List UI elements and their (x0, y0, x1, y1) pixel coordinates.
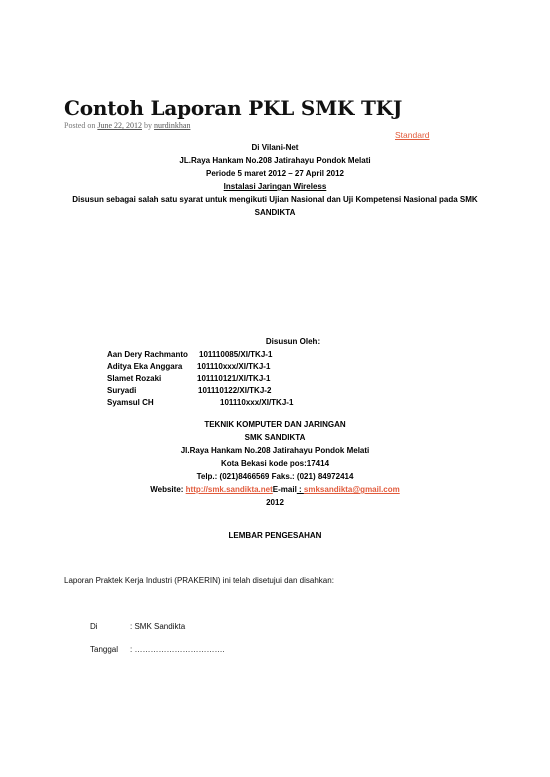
field-value-tanggal: : ……………………………. (130, 645, 225, 654)
member-id: 101110xxx/XI/TKJ-1 (197, 362, 270, 371)
field-value-di: : SMK Sandikta (130, 622, 185, 631)
purpose-line-1: Disusun sebagai salah satu syarat untuk … (0, 195, 550, 204)
field-label-tanggal: Tanggal (90, 645, 118, 654)
phone-fax: Telp.: (021)8466569 Faks.: (021) 8497241… (0, 472, 550, 481)
member-name: Slamet Rozaki (107, 374, 161, 383)
member-name: Aditya Eka Anggara (107, 362, 182, 371)
posted-on-label: Posted on (64, 121, 95, 130)
school-address: Jl.Raya Hankam No.208 Jatirahayu Pondok … (0, 446, 550, 455)
member-id: 101110085/XI/TKJ-1 (199, 350, 272, 359)
city-postal: Kota Bekasi kode pos:17414 (0, 459, 550, 468)
department: TEKNIK KOMPUTER DAN JARINGAN (0, 420, 550, 429)
email-separator: : (297, 485, 304, 494)
field-label-di: Di (90, 622, 98, 631)
by-label: by (144, 121, 152, 130)
member-name: Syamsul CH (107, 398, 154, 407)
email-link[interactable]: smksandikta@gmail.com (304, 485, 400, 494)
member-id: 101110xxx/XI/TKJ-1 (220, 398, 293, 407)
post-title: Contoh Laporan PKL SMK TKJ (64, 96, 402, 120)
member-id: 101110122/XI/TKJ-2 (198, 386, 271, 395)
approval-statement: Laporan Praktek Kerja Industri (PRAKERIN… (64, 576, 334, 585)
post-format-link[interactable]: Standard (395, 130, 430, 140)
website-label: Website: (150, 485, 185, 494)
member-name: Aan Dery Rachmanto (107, 350, 188, 359)
address: JL.Raya Hankam No.208 Jatirahayu Pondok … (0, 156, 550, 165)
school-name: SMK SANDIKTA (0, 433, 550, 442)
period: Periode 5 maret 2012 – 27 April 2012 (0, 169, 550, 178)
website-link[interactable]: http://smk.sandikta.net (186, 485, 273, 494)
member-name: Suryadi (107, 386, 136, 395)
year: 2012 (0, 498, 550, 507)
post-meta: Posted on June 22, 2012 by nurdinkhan (64, 121, 190, 130)
topic-text: Instalasi Jaringan Wireless (224, 182, 327, 191)
email-label: E-mail (273, 485, 297, 494)
purpose-line-2: SANDIKTA (0, 208, 550, 217)
member-id: 101110121/XI/TKJ-1 (197, 374, 270, 383)
post-date-link[interactable]: June 22, 2012 (97, 121, 142, 130)
location: Di Vilani-Net (0, 143, 550, 152)
topic: Instalasi Jaringan Wireless (0, 182, 550, 191)
contact-line: Website: http://smk.sandikta.netE-mail :… (0, 485, 550, 494)
approval-heading: LEMBAR PENGESAHAN (0, 531, 550, 540)
author-link[interactable]: nurdinkhan (154, 121, 190, 130)
authored-by: Disusun Oleh: (18, 337, 550, 346)
